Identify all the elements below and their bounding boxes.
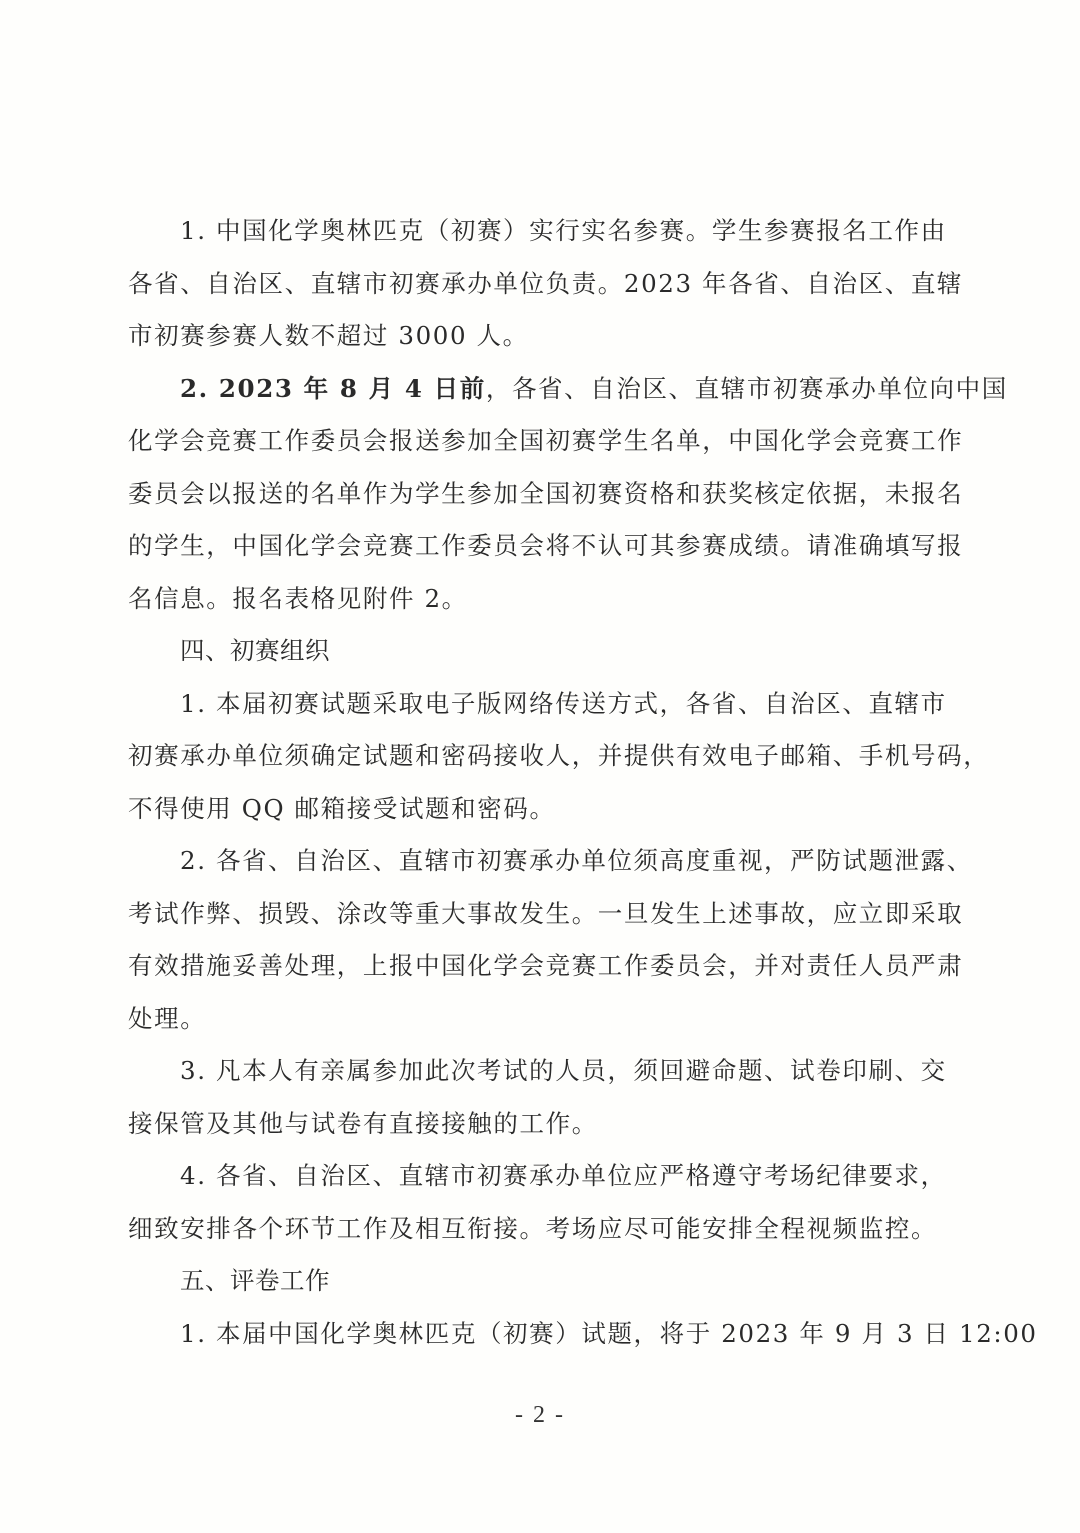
paragraph-grading-release: 1. 本届中国化学奥林匹克（初赛）试题，将于 2023 年 9 月 3 日 12… [128,1308,934,1361]
paragraph-registration-realname: 1. 中国化学奥林匹克（初赛）实行实名参赛。学生参赛报名工作由 各省、自治区、直… [128,205,934,363]
text-line: 1. 本届初赛试题采取电子版网络传送方式，各省、自治区、直辖市 [128,678,934,731]
section-heading-preliminary-organization: 四、初赛组织 [128,625,934,678]
text-line: 市初赛参赛人数不超过 3000 人。 [128,310,934,363]
text-line: 细致安排各个环节工作及相互衔接。考场应尽可能安排全程视频监控。 [128,1203,934,1256]
text-line: 委员会以报送的名单作为学生参加全国初赛资格和获奖核定依据，未报名 [128,468,934,521]
text-line: 不得使用 QQ 邮箱接受试题和密码。 [128,783,934,836]
text-line: 接保管及其他与试卷有直接接触的工作。 [128,1098,934,1151]
section-heading-grading-work: 五、评卷工作 [128,1255,934,1308]
paragraph-exam-transmission: 1. 本届初赛试题采取电子版网络传送方式，各省、自治区、直辖市 初赛承办单位须确… [128,678,934,836]
text-line: 1. 中国化学奥林匹克（初赛）实行实名参赛。学生参赛报名工作由 [128,205,934,258]
text-line: 考试作弊、损毁、涂改等重大事故发生。一旦发生上述事故，应立即采取 [128,888,934,941]
page-number: - 2 - [0,1402,1080,1429]
paragraph-registration-deadline: 2. 2023 年 8 月 4 日前，各省、自治区、直辖市初赛承办单位向中国 化… [128,363,934,626]
text-line: 1. 本届中国化学奥林匹克（初赛）试题，将于 2023 年 9 月 3 日 12… [128,1308,934,1361]
paragraph-conflict-avoidance: 3. 凡本人有亲属参加此次考试的人员，须回避命题、试卷印刷、交 接保管及其他与试… [128,1045,934,1150]
paragraph-exam-discipline: 4. 各省、自治区、直辖市初赛承办单位应严格遵守考场纪律要求， 细致安排各个环节… [128,1150,934,1255]
text-line: 2. 各省、自治区、直辖市初赛承办单位须高度重视，严防试题泄露、 [128,835,934,888]
text-line: 各省、自治区、直辖市初赛承办单位负责。2023 年各省、自治区、直辖 [128,258,934,311]
text-line: 化学会竞赛工作委员会报送参加全国初赛学生名单，中国化学会竞赛工作 [128,415,934,468]
text-line: 4. 各省、自治区、直辖市初赛承办单位应严格遵守考场纪律要求， [128,1150,934,1203]
text-line: 3. 凡本人有亲属参加此次考试的人员，须回避命题、试卷印刷、交 [128,1045,934,1098]
text-line: 2. 2023 年 8 月 4 日前，各省、自治区、直辖市初赛承办单位向中国 [128,363,934,416]
text-line: 有效措施妥善处理，上报中国化学会竞赛工作委员会，并对责任人员严肃 [128,940,934,993]
document-body: 1. 中国化学奥林匹克（初赛）实行实名参赛。学生参赛报名工作由 各省、自治区、直… [128,205,934,1360]
paragraph-exam-security: 2. 各省、自治区、直辖市初赛承办单位须高度重视，严防试题泄露、 考试作弊、损毁… [128,835,934,1045]
text-line: 名信息。报名表格见附件 2。 [128,573,934,626]
text-fragment: ，各省、自治区、直辖市初赛承办单位向中国 [486,374,1008,403]
text-line: 初赛承办单位须确定试题和密码接收人，并提供有效电子邮箱、手机号码， [128,730,934,783]
deadline-date: 2. 2023 年 8 月 4 日前 [180,374,486,403]
text-line: 处理。 [128,993,934,1046]
text-line: 的学生，中国化学会竞赛工作委员会将不认可其参赛成绩。请准确填写报 [128,520,934,573]
document-page: 1. 中国化学奥林匹克（初赛）实行实名参赛。学生参赛报名工作由 各省、自治区、直… [0,0,1080,1533]
